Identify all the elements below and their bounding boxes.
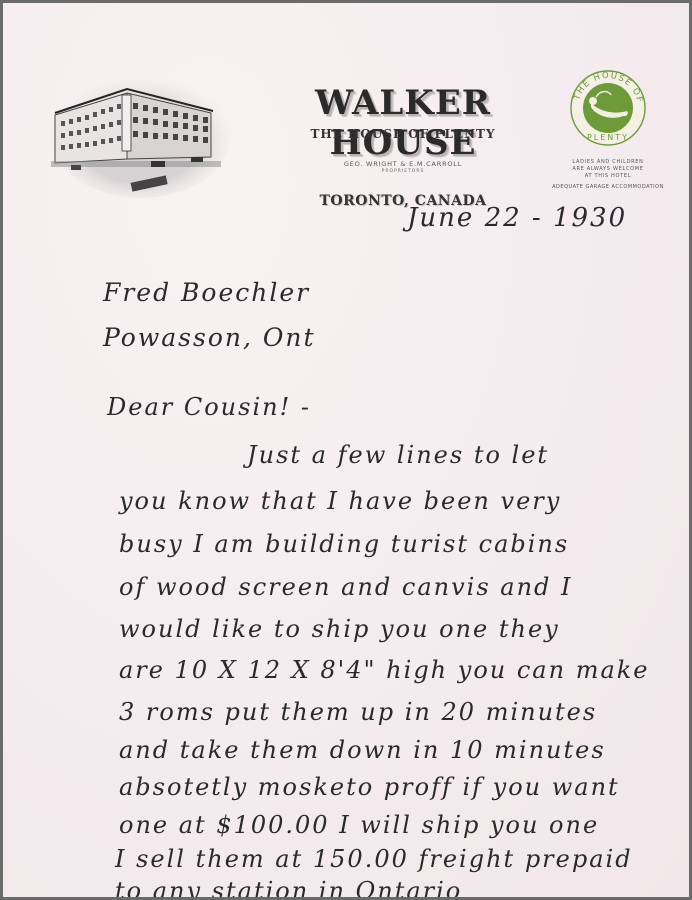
- body-line: of wood screen and canvis and I: [119, 573, 573, 601]
- letter-date: June 22 - 1930: [407, 203, 627, 233]
- welcome-line: ARE ALWAYS WELCOME: [548, 166, 668, 173]
- body-line: to any station in Ontario: [115, 877, 462, 897]
- recipient-place: Powasson, Ont: [103, 323, 316, 352]
- body-line: are 10 X 12 X 8'4" high you can make: [119, 656, 650, 684]
- garage-note: ADEQUATE GARAGE ACCOMMODATION: [543, 184, 673, 190]
- letter-page: Walker House THE HOUSE OF PLENTY GEO. WR…: [3, 3, 689, 897]
- body-line: one at $100.00 I will ship you one: [119, 811, 599, 839]
- body-line: 3 roms put them up in 20 minutes: [119, 698, 597, 726]
- hotel-name: Walker House: [253, 83, 553, 163]
- body-line: busy I am building turist cabins: [119, 530, 569, 558]
- hotel-name-walker: Walker: [315, 83, 491, 123]
- body-line: would like to ship you one they: [119, 615, 560, 643]
- svg-text:PLENTY: PLENTY: [587, 133, 629, 142]
- welcome-line: AT THIS HOTEL: [548, 173, 668, 180]
- body-line: I sell them at 150.00 freight prepaid: [115, 845, 633, 873]
- house-of-plenty-seal-icon: THE HOUSE OF PLENTY: [569, 69, 647, 147]
- welcome-note: LADIES AND CHILDREN ARE ALWAYS WELCOME A…: [548, 159, 668, 180]
- body-line: you know that I have been very: [119, 487, 561, 515]
- body-line: absotetly mosketo proff if you want: [119, 773, 620, 801]
- body-line: and take them down in 10 minutes: [119, 736, 606, 764]
- body-line: Just a few lines to let: [247, 441, 549, 469]
- proprietors-label: PROPRIETORS: [253, 169, 553, 174]
- welcome-line: LADIES AND CHILDREN: [548, 159, 668, 166]
- proprietors-names: GEO. WRIGHT & E.M.CARROLL: [253, 160, 553, 168]
- hotel-building-engraving: [51, 61, 231, 201]
- hotel-tagline: THE HOUSE OF PLENTY: [253, 127, 553, 141]
- salutation: Dear Cousin! -: [107, 393, 311, 421]
- recipient-name: Fred Boechler: [103, 278, 310, 307]
